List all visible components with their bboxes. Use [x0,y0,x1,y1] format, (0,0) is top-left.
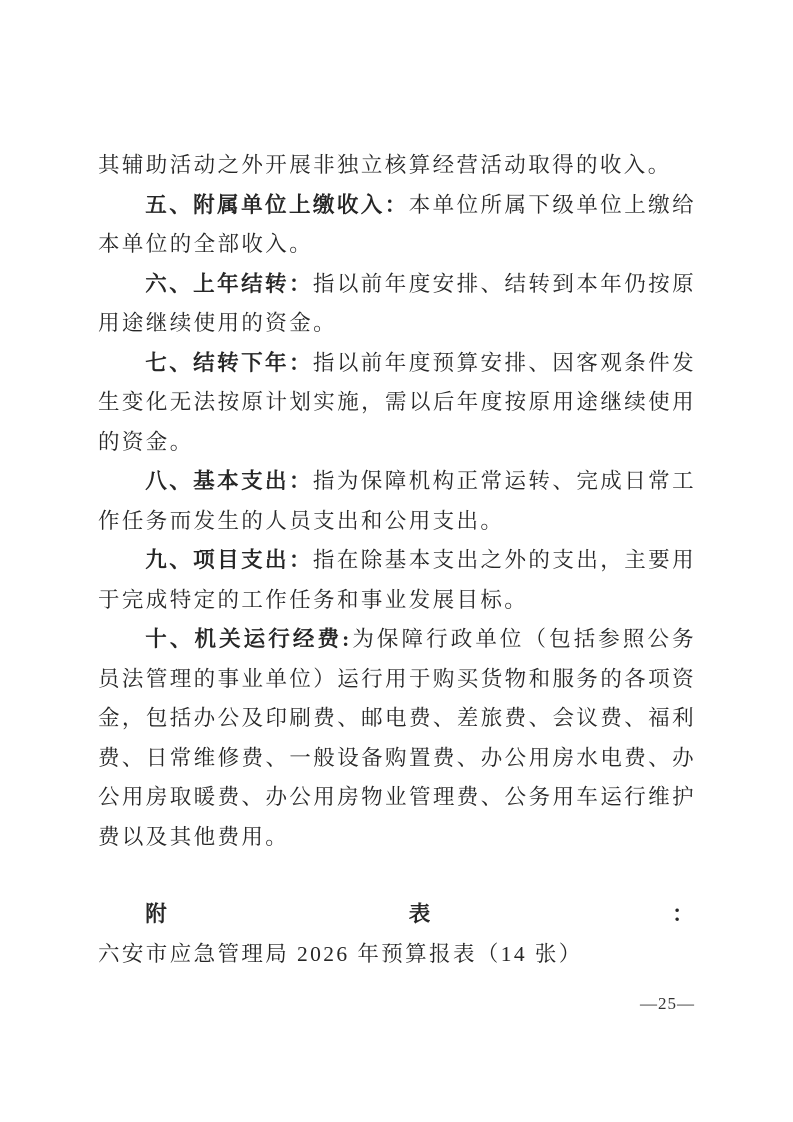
paragraph: 六、上年结转：指以前年度安排、结转到本年仍按原用途继续使用的资金。 [98,265,696,344]
paragraph-lead: 六、上年结转： [145,272,313,296]
paragraph: 十、机关运行经费:为保障行政单位（包括参照公务员法管理的事业单位）运行用于购买货… [98,620,696,857]
paragraph-lead: 附表： [145,902,696,926]
document-page: 其辅助活动之外开展非独立核算经营活动取得的收入。 五、附属单位上缴收入：本单位所… [0,0,793,1122]
page-number: —25— [640,994,695,1014]
paragraph-lead: 八、基本支出： [145,469,313,493]
paragraph-lead: 九、项目支出： [145,548,313,572]
paragraph: 七、结转下年：指以前年度预算安排、因客观条件发生变化无法按原计划实施，需以后年度… [98,344,696,463]
paragraph: 附表：六安市应急管理局 2026 年预算报表（14 张） [98,895,696,974]
paragraph-text: 六安市应急管理局 2026 年预算报表（14 张） [98,942,583,966]
paragraph-lead: 十、机关运行经费: [145,627,351,651]
paragraph-text: 为保障行政单位（包括参照公务员法管理的事业单位）运行用于购买货物和服务的各项资金… [98,627,696,849]
paragraph: 八、基本支出：指为保障机构正常运转、完成日常工作任务而发生的人员支出和公用支出。 [98,462,696,541]
paragraph-lead: 五、附属单位上缴收入： [145,193,408,217]
document-body: 其辅助活动之外开展非独立核算经营活动取得的收入。 五、附属单位上缴收入：本单位所… [98,146,696,974]
paragraph: 五、附属单位上缴收入：本单位所属下级单位上缴给本单位的全部收入。 [98,186,696,265]
paragraph: 其辅助活动之外开展非独立核算经营活动取得的收入。 [98,146,696,186]
paragraph: 九、项目支出：指在除基本支出之外的支出，主要用于完成特定的工作任务和事业发展目标… [98,541,696,620]
paragraph-text: 其辅助活动之外开展非独立核算经营活动取得的收入。 [98,153,672,177]
paragraph-lead: 七、结转下年： [145,351,313,375]
